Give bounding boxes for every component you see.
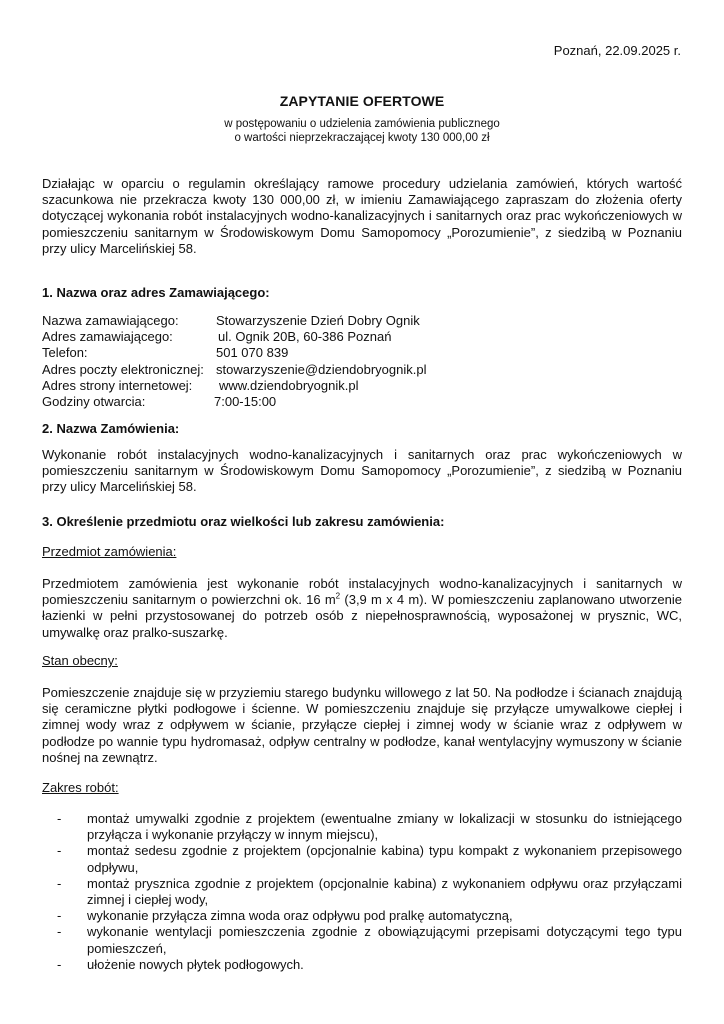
contact-value: 7:00-15:00	[214, 394, 276, 410]
list-item: -wykonanie przyłącza zimna woda oraz odp…	[87, 908, 682, 924]
contact-row-hours: Godziny otwarcia: 7:00-15:00	[42, 394, 426, 410]
list-item: -montaż prysznica zgodnie z projektem (o…	[87, 876, 682, 908]
list-item: -montaż umywalki zgodnie z projektem (ew…	[87, 811, 682, 843]
document-subtitle: w postępowaniu o udzielenia zamówienia p…	[0, 117, 724, 145]
contact-row-phone: Telefon: 501 070 839	[42, 345, 426, 361]
document-title: ZAPYTANIE OFERTOWE	[0, 93, 724, 109]
subtitle-line-1: w postępowaniu o udzielenia zamówienia p…	[0, 117, 724, 131]
list-item-text: wykonanie wentylacji pomieszczenia zgodn…	[87, 924, 682, 955]
subtitle-line-2: o wartości nieprzekraczającej kwoty 130 …	[0, 131, 724, 145]
subject-subheading: Przedmiot zamówienia:	[42, 544, 176, 559]
dash-bullet-icon: -	[57, 924, 61, 940]
contact-website-link[interactable]: www.dziendobryognik.pl	[219, 378, 358, 394]
intro-paragraph: Działając w oparciu o regulamin określaj…	[42, 176, 682, 257]
contact-label: Adres poczty elektronicznej:	[42, 362, 216, 378]
contact-row-name: Nazwa zamawiającego: Stowarzyszenie Dzie…	[42, 313, 426, 329]
dash-bullet-icon: -	[57, 843, 61, 859]
dash-bullet-icon: -	[57, 811, 61, 827]
contact-label: Adres zamawiającego:	[42, 329, 218, 345]
contact-value: Stowarzyszenie Dzień Dobry Ognik	[216, 313, 420, 329]
dash-bullet-icon: -	[57, 908, 61, 924]
contact-row-address: Adres zamawiającego: ul. Ognik 20B, 60-3…	[42, 329, 426, 345]
contact-label: Adres strony internetowej:	[42, 378, 219, 394]
list-item-text: wykonanie przyłącza zimna woda oraz odpł…	[87, 908, 513, 923]
contact-label: Nazwa zamawiającego:	[42, 313, 216, 329]
scope-list: -montaż umywalki zgodnie z projektem (ew…	[87, 811, 682, 973]
list-item-text: montaż umywalki zgodnie z projektem (ewe…	[87, 811, 682, 842]
contact-value: ul. Ognik 20B, 60-386 Poznań	[218, 329, 391, 345]
dash-bullet-icon: -	[57, 957, 61, 973]
contact-details: Nazwa zamawiającego: Stowarzyszenie Dzie…	[42, 313, 426, 410]
list-item: -wykonanie wentylacji pomieszczenia zgod…	[87, 924, 682, 956]
scope-subheading: Zakres robót:	[42, 780, 119, 795]
section-1-heading: 1. Nazwa oraz adres Zamawiającego:	[42, 285, 270, 300]
section-3-heading: 3. Określenie przedmiotu oraz wielkości …	[42, 514, 444, 529]
contact-label: Telefon:	[42, 345, 216, 361]
contact-row-email: Adres poczty elektronicznej: stowarzysze…	[42, 362, 426, 378]
list-item-text: montaż prysznica zgodnie z projektem (op…	[87, 876, 682, 907]
list-item: -montaż sedesu zgodnie z projektem (opcj…	[87, 843, 682, 875]
document-date: Poznań, 22.09.2025 r.	[554, 43, 681, 58]
subject-paragraph: Przedmiotem zamówienia jest wykonanie ro…	[42, 576, 682, 641]
contact-row-website: Adres strony internetowej: www.dziendobr…	[42, 378, 426, 394]
contact-email-link[interactable]: stowarzyszenie@dziendobryognik.pl	[216, 362, 426, 378]
section-2-text: Wykonanie robót instalacyjnych wodno-kan…	[42, 447, 682, 496]
current-state-paragraph: Pomieszczenie znajduje się w przyziemiu …	[42, 685, 682, 766]
list-item: -ułożenie nowych płytek podłogowych.	[87, 957, 682, 973]
current-state-subheading: Stan obecny:	[42, 653, 118, 668]
section-2-heading: 2. Nazwa Zamówienia:	[42, 421, 179, 436]
list-item-text: montaż sedesu zgodnie z projektem (opcjo…	[87, 843, 682, 874]
contact-value: 501 070 839	[216, 345, 288, 361]
dash-bullet-icon: -	[57, 876, 61, 892]
document-page: Poznań, 22.09.2025 r. ZAPYTANIE OFERTOWE…	[0, 0, 724, 1024]
contact-label: Godziny otwarcia:	[42, 394, 214, 410]
list-item-text: ułożenie nowych płytek podłogowych.	[87, 957, 304, 972]
